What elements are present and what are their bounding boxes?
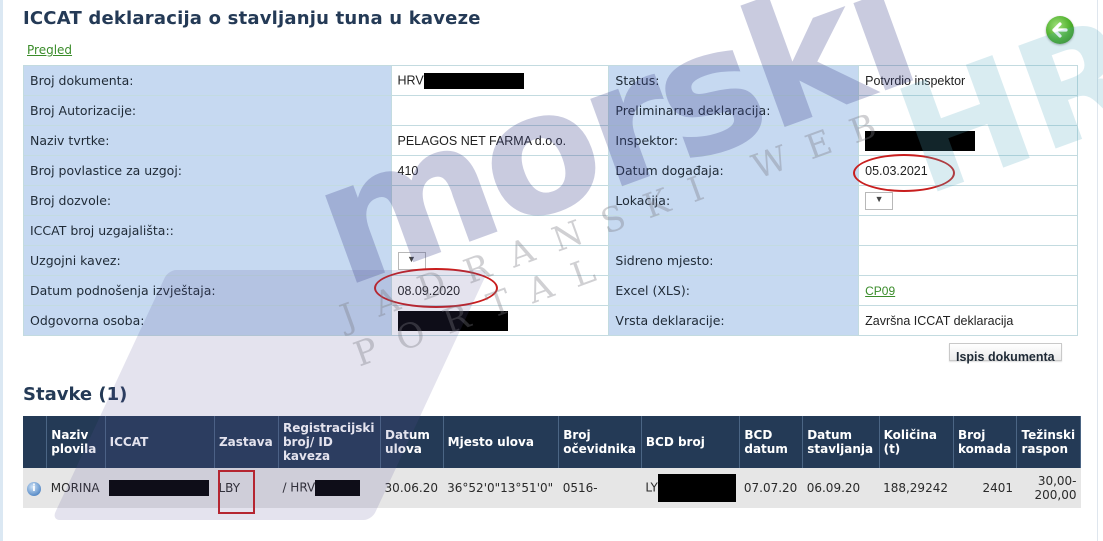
- label-status: Status:: [609, 66, 859, 96]
- cell-reg-cage: / HRV: [278, 468, 380, 508]
- cell-text: / HRV: [282, 481, 315, 495]
- cell-text: 30,00- 200,00: [1035, 474, 1077, 502]
- details-row: Broj povlastice za uzgoj:410Datum događa…: [24, 156, 1078, 186]
- value-broj-povlastice-za-uzgoj: 410: [391, 156, 609, 186]
- cell-text: 06.09.20: [807, 481, 860, 495]
- value-datum-podnos-enja-izvjes-taja: 08.09.2020: [391, 276, 609, 306]
- cell-text: MORINA: [51, 481, 100, 495]
- back-button[interactable]: [1046, 16, 1074, 44]
- column-header-tez-inski-raspon[interactable]: Težinski raspon: [1017, 416, 1081, 468]
- column-header-datum-stavljanja[interactable]: Datum stavljanja: [803, 416, 879, 468]
- details-row: Broj Autorizacije:Preliminarna deklaraci…: [24, 96, 1078, 126]
- cell-text: 2401: [982, 481, 1013, 495]
- label-broj-dokumenta: Broj dokumenta:: [24, 66, 392, 96]
- redaction-bar: [109, 480, 209, 496]
- table-row[interactable]: iMORINALBY/ HRV30.06.2036°52'0"13°51'0"0…: [23, 468, 1081, 508]
- label-datum-doga-aja: Datum događaja:: [609, 156, 859, 186]
- cell-vessel: MORINA: [47, 468, 105, 508]
- lokacija-select[interactable]: ▼: [865, 192, 893, 210]
- print-document-button[interactable]: Ispis dokumenta: [949, 343, 1062, 361]
- value-iccat-broj-uzgajalis-ta: [391, 216, 609, 246]
- value-preliminarna-deklaracija: [859, 96, 1078, 126]
- details-row: Odgovorna osoba:Vrsta deklaracije:Završn…: [24, 306, 1078, 336]
- label-sidreno-mjesto: Sidreno mjesto:: [609, 246, 859, 276]
- cell-text: LY: [645, 481, 657, 495]
- value-text: 410: [398, 164, 419, 178]
- column-header-bcd-datum[interactable]: BCD datum: [740, 416, 803, 468]
- column-header-broj-komada[interactable]: Broj komada: [953, 416, 1017, 468]
- column-header-datum-ulova[interactable]: Datum ulova: [381, 416, 444, 468]
- value-odgovorna-osoba: [391, 306, 609, 336]
- redaction-bar: [424, 73, 524, 89]
- label-broj-dozvole: Broj dozvole:: [24, 186, 392, 216]
- cell-flag: LBY: [214, 468, 278, 508]
- label-vrsta-deklaracije: Vrsta deklaracije:: [609, 306, 859, 336]
- cell-catch-date: 30.06.20: [381, 468, 444, 508]
- column-header-registracijski-broj-id-kaveza[interactable]: Registracijski broj/ ID kaveza: [278, 416, 380, 468]
- value-uzgojni-kavez[interactable]: ▼: [391, 246, 609, 276]
- chevron-down-icon: ▼: [866, 194, 892, 204]
- value-vrsta-deklaracije: Završna ICCAT deklaracija: [859, 306, 1078, 336]
- column-header-broj-oc-evidnika[interactable]: Broj očevidnika: [559, 416, 642, 468]
- cell-quantity: 188,29242: [879, 468, 953, 508]
- column-header-zastava[interactable]: Zastava: [214, 416, 278, 468]
- label-lokacija: Lokacija:: [609, 186, 859, 216]
- details-row: Naziv tvrtke:PELAGOS NET FARMA d.o.o.Ins…: [24, 126, 1078, 156]
- details-row: Datum podnošenja izvještaja:08.09.2020Ex…: [24, 276, 1078, 306]
- cell-text: 188,29242: [883, 481, 948, 495]
- cell-logbook: 0516-: [559, 468, 642, 508]
- details-row: Uzgojni kavez:▼Sidreno mjesto:: [24, 246, 1078, 276]
- page-left-border: [0, 0, 3, 541]
- redaction-bar: [398, 311, 508, 331]
- cell-weight-range: 30,00- 200,00: [1017, 468, 1081, 508]
- label-datum-podnos-enja-izvjes-taja: Datum podnošenja izvještaja:: [24, 276, 392, 306]
- info-icon[interactable]: i: [27, 482, 41, 496]
- column-header-iccat[interactable]: ICCAT: [105, 416, 214, 468]
- value-inspektor: [859, 126, 1078, 156]
- label-uzgojni-kavez: Uzgojni kavez:: [24, 246, 392, 276]
- redaction-bar: [658, 474, 736, 502]
- label-empty: [609, 216, 859, 246]
- value-lokacija[interactable]: ▼: [859, 186, 1078, 216]
- value-text: 08.09.2020: [398, 284, 461, 298]
- value-excel-xls[interactable]: CP09: [859, 276, 1078, 306]
- label-odgovorna-osoba: Odgovorna osoba:: [24, 306, 392, 336]
- arrow-left-icon: [1051, 21, 1069, 39]
- value-broj-autorizacije: [391, 96, 609, 126]
- cell-bcd-date: 07.07.20: [740, 468, 803, 508]
- value-text: 05.03.2021: [865, 164, 928, 178]
- details-row: Broj dokumenta:HRVStatus:Potvrdio inspek…: [24, 66, 1078, 96]
- column-header-naziv-plovila[interactable]: Naziv plovila: [47, 416, 105, 468]
- items-table: Naziv plovilaICCATZastavaRegistracijski …: [23, 416, 1081, 508]
- column-header-kolic-ina-t[interactable]: Količina (t): [879, 416, 953, 468]
- value-broj-dozvole: [391, 186, 609, 216]
- label-naziv-tvrtke: Naziv tvrtke:: [24, 126, 392, 156]
- chevron-down-icon: ▼: [399, 254, 425, 264]
- value-naziv-tvrtke: PELAGOS NET FARMA d.o.o.: [391, 126, 609, 156]
- excel-link[interactable]: CP09: [865, 284, 895, 298]
- cell-bcd-number: LY: [641, 468, 739, 508]
- value-text: HRV: [398, 73, 424, 87]
- cell-pieces: 2401: [953, 468, 1017, 508]
- value-text: PELAGOS NET FARMA d.o.o.: [398, 134, 567, 148]
- label-excel-xls: Excel (XLS):: [609, 276, 859, 306]
- cell-icon: i: [23, 468, 47, 508]
- page-title: ICCAT deklaracija o stavljanju tuna u ka…: [23, 8, 481, 29]
- label-preliminarna-deklaracija: Preliminarna deklaracija:: [609, 96, 859, 126]
- label-broj-autorizacije: Broj Autorizacije:: [24, 96, 392, 126]
- cell-catch-place: 36°52'0"13°51'0": [443, 468, 559, 508]
- cell-text: LBY: [218, 481, 240, 495]
- uzgojni-kavez-select[interactable]: ▼: [398, 252, 426, 270]
- details-table: Broj dokumenta:HRVStatus:Potvrdio inspek…: [23, 65, 1078, 336]
- cell-text: 36°52'0"13°51'0": [447, 481, 553, 495]
- column-header-bcd-broj[interactable]: BCD broj: [641, 416, 739, 468]
- column-header-empty[interactable]: [23, 416, 47, 468]
- cell-text: 07.07.20: [744, 481, 797, 495]
- value-status: Potvrdio inspektor: [859, 66, 1078, 96]
- column-header-mjesto-ulova[interactable]: Mjesto ulova: [443, 416, 559, 468]
- value-broj-dokumenta: HRV: [391, 66, 609, 96]
- redaction-bar: [865, 131, 975, 151]
- cell-iccat: [105, 468, 214, 508]
- value-datum-doga-aja: 05.03.2021: [859, 156, 1078, 186]
- label-iccat-broj-uzgajalis-ta: ICCAT broj uzgajališta::: [24, 216, 392, 246]
- value-text: Potvrdio inspektor: [865, 74, 965, 88]
- label-inspektor: Inspektor:: [609, 126, 859, 156]
- cell-text: 0516-: [563, 481, 598, 495]
- items-title: Stavke (1): [23, 384, 127, 405]
- details-row: Broj dozvole:Lokacija:▼: [24, 186, 1078, 216]
- value-text: Završna ICCAT deklaracija: [865, 314, 1013, 328]
- pregled-link[interactable]: Pregled: [27, 43, 72, 57]
- value-empty: [859, 216, 1078, 246]
- details-row: ICCAT broj uzgajališta::: [24, 216, 1078, 246]
- cell-text: 30.06.20: [385, 481, 438, 495]
- page-right-border: [1097, 0, 1098, 541]
- redaction-bar: [315, 480, 360, 496]
- value-sidreno-mjesto: [859, 246, 1078, 276]
- cell-caging-date: 06.09.20: [803, 468, 879, 508]
- label-broj-povlastice-za-uzgoj: Broj povlastice za uzgoj:: [24, 156, 392, 186]
